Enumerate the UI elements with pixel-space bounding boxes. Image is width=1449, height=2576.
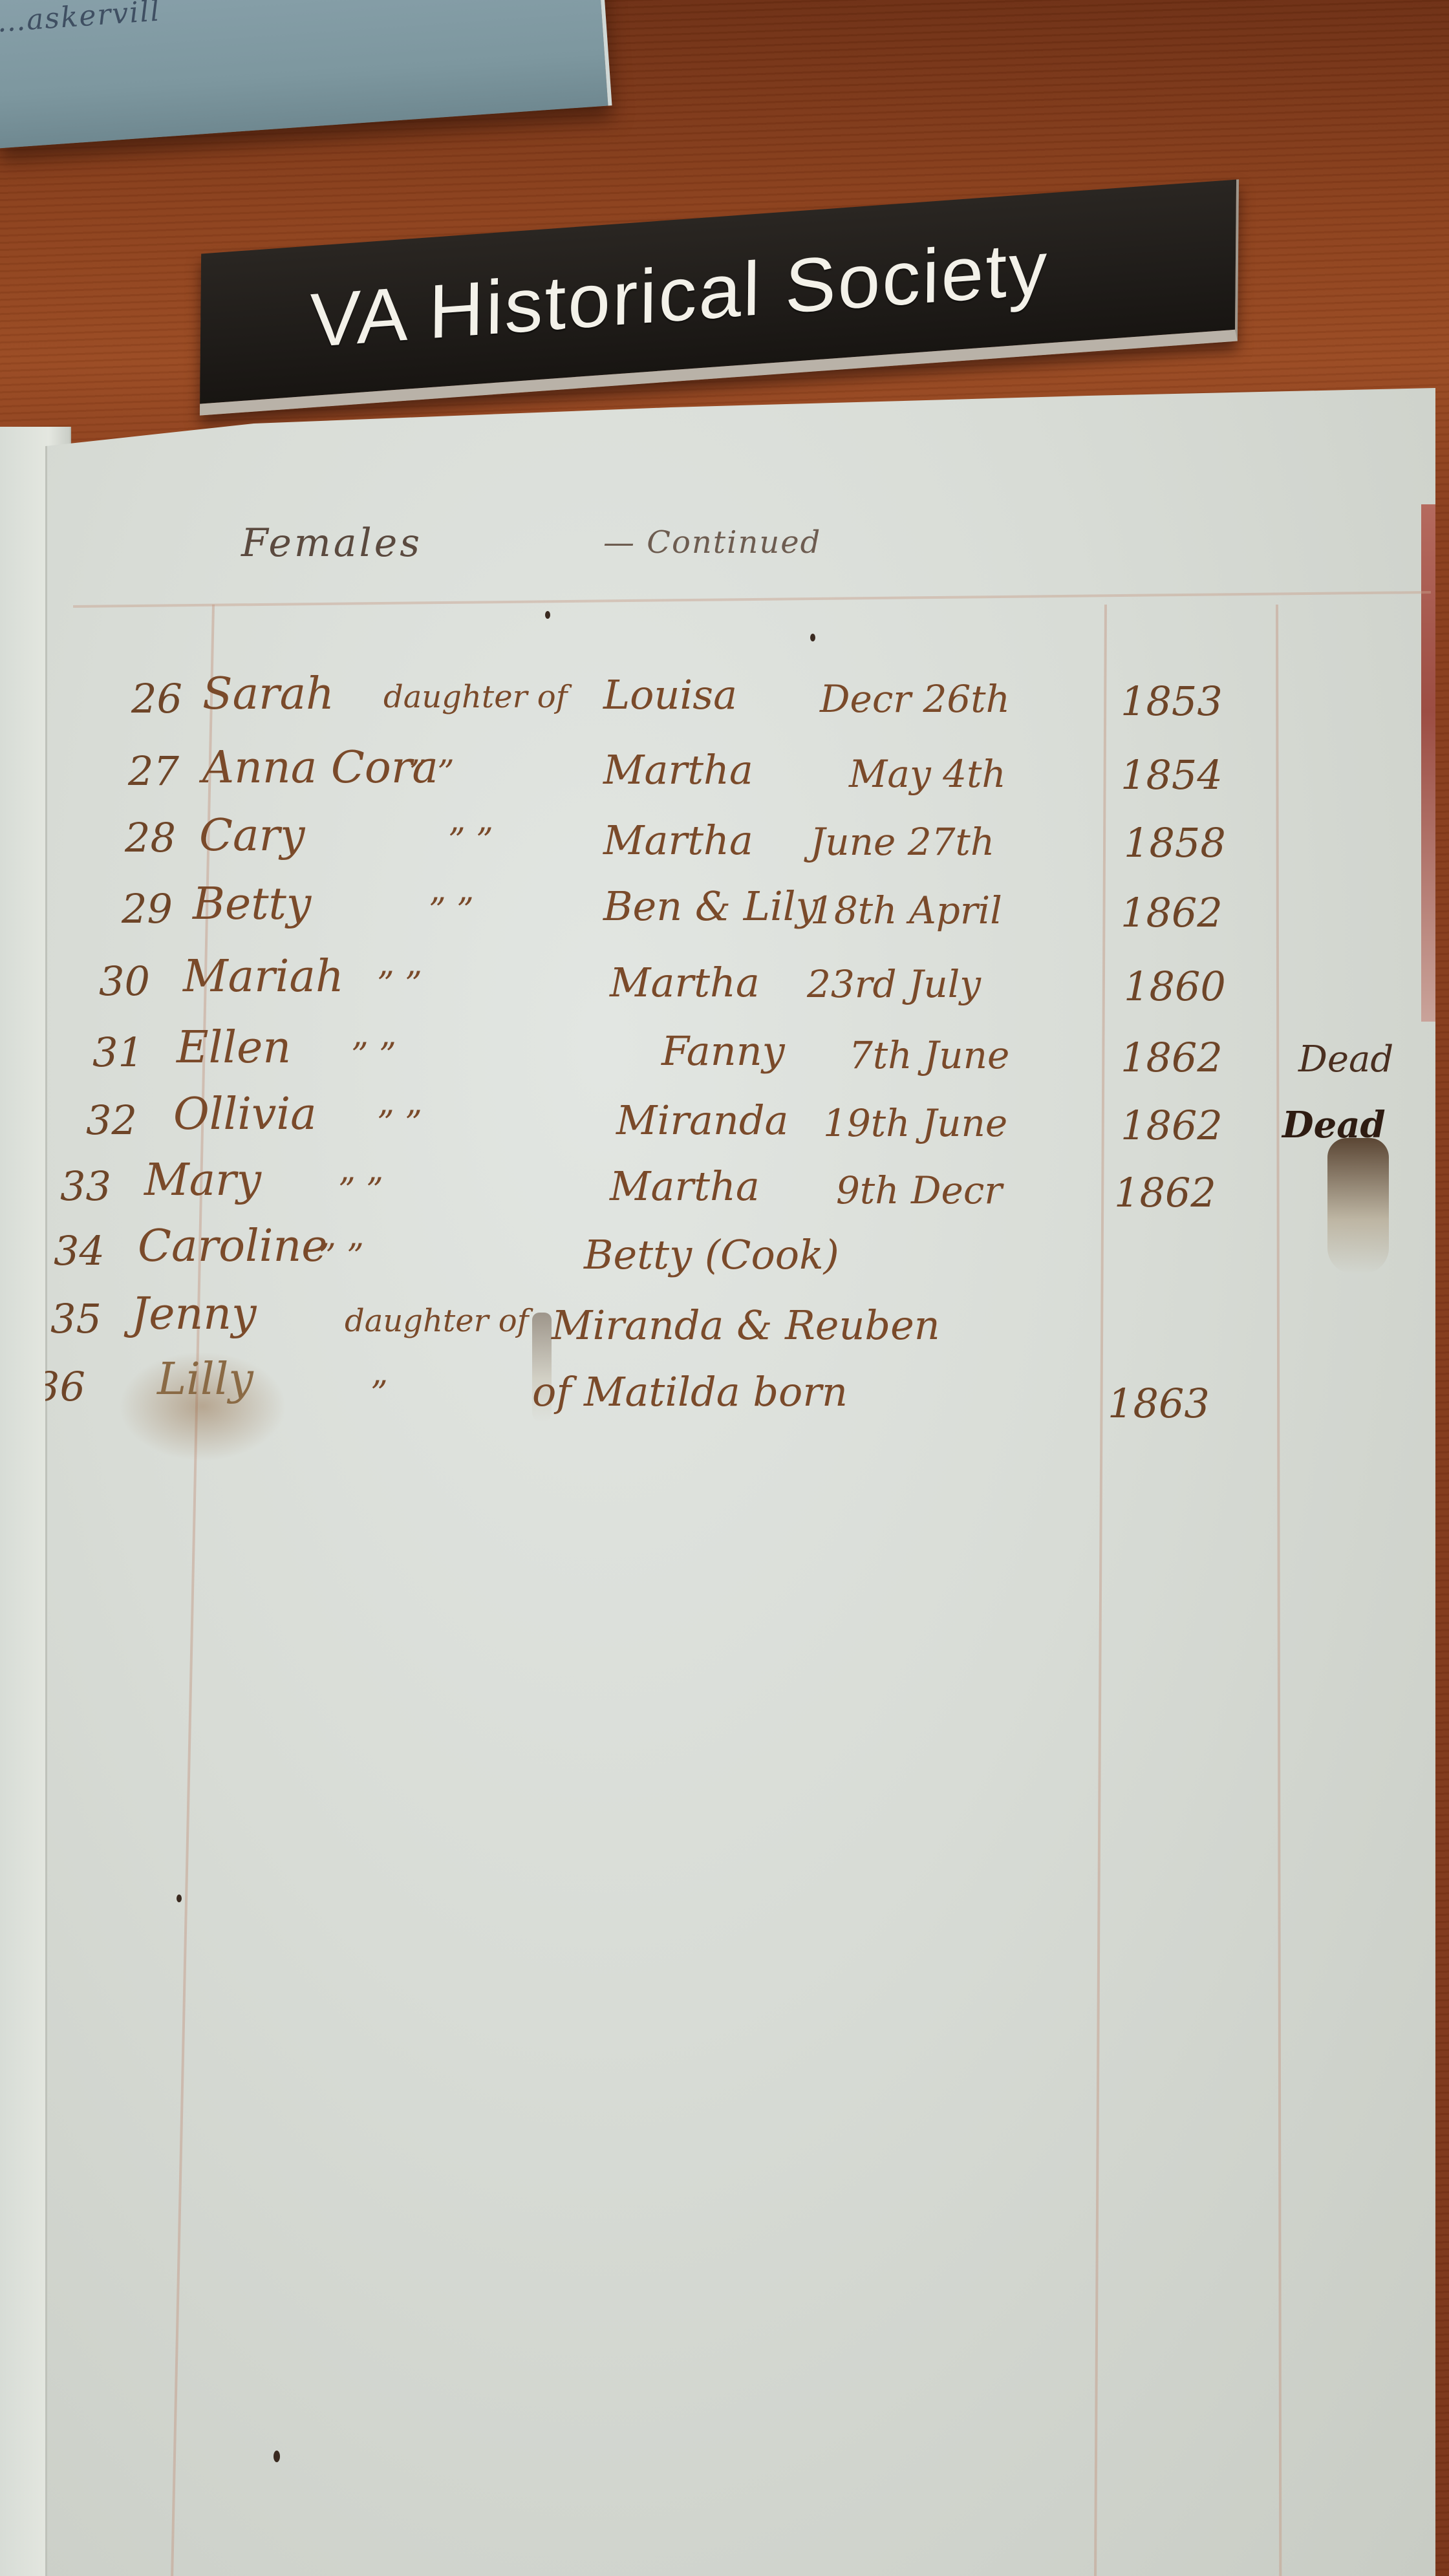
ledger-entry: 31 Ellen ” ” Fanny 7th June 1862 Dead [47, 1025, 1437, 1096]
entry-relation: ” ” [351, 1039, 396, 1073]
ink-speck [810, 634, 815, 641]
entry-name: Sarah [202, 672, 334, 716]
ledger-book: Females — Continued 26 Sarah daughter of… [0, 388, 1449, 2576]
entry-relation: daughter of [345, 1305, 528, 1336]
entry-date: 23rd July [807, 965, 981, 1003]
plaque-text: VA Historical Society [310, 224, 1049, 365]
entry-number: 29 [122, 889, 173, 929]
ledger-entry: 34 Caroline ” ” Betty (Cook) [47, 1222, 1437, 1293]
ledger-entry: 30 Mariah ” ” Martha 23rd July 1860 [47, 954, 1437, 1025]
entry-name: Jenny [131, 1293, 257, 1336]
entry-name: Ollivia [173, 1093, 317, 1137]
entry-parent: Fanny [661, 1031, 785, 1071]
ledger-entry: 28 Cary ” ” Martha June 27th 1858 [47, 811, 1437, 883]
ledger-entry: 33 Mary ” ” Martha 9th Decr 1862 [47, 1157, 1437, 1229]
entry-number: 31 [92, 1033, 144, 1073]
ink-speck [177, 1894, 182, 1902]
entry-relation: ” ” [448, 824, 493, 858]
entry-parent: Betty (Cook) [584, 1235, 839, 1275]
entry-parent: of Matilda born [532, 1372, 848, 1412]
entry-year: 1853 [1121, 682, 1223, 722]
entry-number: 27 [128, 751, 179, 791]
entry-number: 33 [60, 1166, 111, 1207]
entry-relation: ” ” [377, 1107, 422, 1141]
entry-year: 1862 [1121, 893, 1223, 933]
entry-name: Caroline [138, 1225, 328, 1269]
entry-parent: Miranda [616, 1100, 789, 1141]
entry-parent: Martha [603, 750, 753, 790]
entry-relation: ” ” [319, 1240, 364, 1274]
entry-relation: ” [370, 1377, 388, 1411]
entry-year: 1860 [1124, 967, 1226, 1007]
section-heading-continued: — Continued [603, 527, 821, 558]
entry-date: 7th June [849, 1036, 1009, 1074]
entry-year: 1862 [1114, 1173, 1216, 1213]
entry-year: 1862 [1121, 1038, 1223, 1078]
ledger-entry: 36 Lilly ” of Matilda born 1863 [47, 1358, 1437, 1429]
entry-year: 1862 [1121, 1106, 1223, 1146]
ledger-entry: 27 Anna Cora ” ” Martha May 4th 1854 [47, 744, 1437, 815]
entry-number: 32 [86, 1100, 137, 1141]
entry-name: Mary [144, 1159, 261, 1203]
ledger-entry: 26 Sarah daughter of Louisa Decr 26th 18… [47, 672, 1437, 744]
ink-speck [545, 611, 550, 619]
entry-number: 35 [50, 1299, 102, 1339]
entry-relation: ” ” [409, 757, 455, 790]
entry-relation: ” ” [377, 968, 422, 1002]
ledger-entry: 35 Jenny daughter of Miranda & Reuben [47, 1290, 1437, 1361]
entry-parent: Miranda & Reuben [552, 1305, 940, 1346]
folder-label: …askervill [0, 0, 162, 39]
entry-date: June 27th [810, 823, 994, 861]
entry-relation: ” ” [429, 894, 474, 928]
entry-number: 26 [131, 679, 182, 719]
section-heading: Females [241, 524, 422, 563]
entry-number: 34 [54, 1231, 105, 1271]
entry-name: Ellen [177, 1026, 291, 1070]
entry-parent: Ben & Lily [603, 886, 819, 927]
entry-date: 18th April [810, 892, 1002, 929]
entry-date: Decr 26th [820, 680, 1010, 718]
entry-parent: Martha [603, 821, 753, 861]
entry-name: Lilly [157, 1358, 253, 1402]
entry-name: Cary [199, 814, 305, 858]
entry-name: Betty [193, 883, 311, 927]
entry-parent: Martha [610, 963, 760, 1003]
entry-number: 30 [99, 961, 150, 1002]
ledger-entry: 29 Betty ” ” Ben & Lily 18th April 1862 [47, 883, 1437, 954]
entry-remark: Dead [1298, 1042, 1393, 1078]
entry-parent: Martha [610, 1166, 760, 1207]
entry-date: 9th Decr [836, 1172, 1002, 1209]
ink-speck [274, 2451, 280, 2462]
entry-relation: daughter of [383, 682, 567, 713]
entry-parent: Louisa [603, 675, 737, 715]
entry-year: 1863 [1108, 1384, 1210, 1424]
header-rule [73, 591, 1431, 608]
ledger-entry: 32 Ollivia ” ” Miranda 19th June 1862 De… [47, 1093, 1437, 1164]
entry-name: Anna Cora [202, 746, 438, 790]
entry-number: 28 [125, 818, 176, 858]
entry-name: Mariah [183, 955, 344, 999]
entry-date: 19th June [823, 1104, 1007, 1142]
entry-relation: ” ” [338, 1174, 383, 1208]
entry-date: May 4th [849, 755, 1006, 793]
entry-year: 1858 [1124, 823, 1226, 863]
entry-year: 1854 [1121, 755, 1223, 795]
ledger-page: Females — Continued 26 Sarah daughter of… [45, 388, 1435, 2576]
